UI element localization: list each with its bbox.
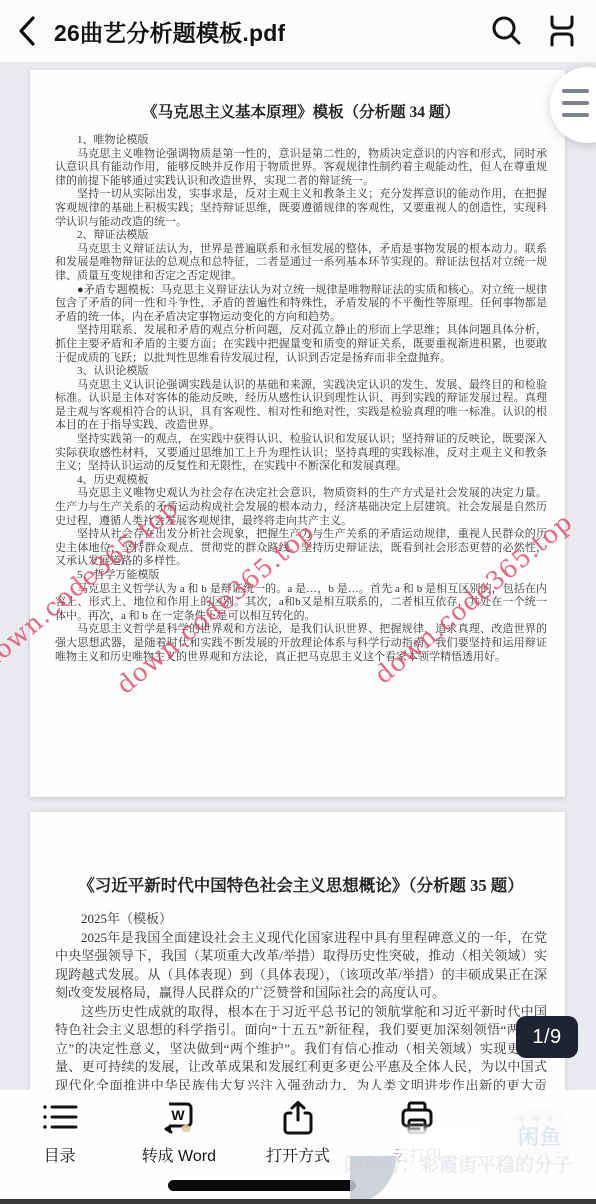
search-button[interactable] (486, 8, 526, 54)
toc-icon (42, 1100, 78, 1136)
doc-heading: 2025年（模板） (55, 910, 547, 929)
chevron-left-icon (16, 15, 38, 47)
doc-paragraph: 马克思主义辩证法认为，世界是普遍联系和永恒发展的整体，矛盾是事物发展的根本动力。… (55, 243, 547, 284)
doc-heading: 4、历史观模板 (55, 474, 547, 488)
doc-paragraph: 2025年是我国全面建设社会主义现代化国家进程中具有里程碑意义的一年，在党中央坚… (55, 929, 547, 1003)
back-button[interactable] (0, 0, 54, 62)
doc-paragraph: ●矛盾专题模板：马克思主义辩证法认为对立统一规律是唯物辩证法的实质和核心。对立统… (55, 284, 547, 325)
page1-title: 《马克思主义基本原理》模板（分析题 34 题） (55, 100, 547, 122)
home-indicator[interactable] (168, 1180, 356, 1191)
doc-paragraph: 马克思主义认识论强调实践是认识的基础和来源，实践决定认识的发生、发展、最终目的和… (55, 379, 547, 433)
page-number-badge: 1/9 (516, 1016, 578, 1058)
doc-paragraph: 坚持从社会存在出发分析社会现象，把握生产力与生产关系的矛盾运动规律，重视人民群众… (55, 528, 547, 569)
doc-paragraph: 坚持用联系、发展和矛盾的观点分析问题，反对孤立静止的形而上学思维；具体问题具体分… (55, 324, 547, 365)
search-icon (489, 14, 523, 48)
pdf-scroll-area[interactable]: 《马克思主义基本原理》模板（分析题 34 题） 1、唯物论模版 马克思主义唯物论… (0, 62, 596, 1090)
doc-heading: 5、哲学万能模版 (55, 569, 547, 583)
top-bar: 26曲艺分析题模板.pdf (0, 0, 596, 62)
svg-text:W: W (171, 1107, 185, 1123)
doc-heading: 2、辩证法模版 (55, 229, 547, 243)
doc-heading: 1、唯物论模版 (55, 134, 547, 148)
doc-paragraph: 马克思主义唯物论强调物质是第一性的，意识是第二性的，物质决定意识的内容和形式，同… (55, 148, 547, 189)
hamburger-icon (562, 89, 589, 93)
doc-paragraph: 坚持一切从实际出发，实事求是，反对主观主义和教条主义；充分发挥意识的能动作用，在… (55, 188, 547, 229)
double-bracket-icon (545, 14, 579, 48)
doc-paragraph: 坚持实践第一的观点，在实践中获得认识、检验认识和发展认识；坚持辩证的反映论，既要… (55, 433, 547, 474)
pdf-page-1: 《马克思主义基本原理》模板（分析题 34 题） 1、唯物论模版 马克思主义唯物论… (30, 70, 565, 797)
doc-paragraph: 马克思主义哲学认为 a 和 b 是辩证统一的。a 是…，b 是…。首先 a 和 … (55, 583, 547, 624)
doc-paragraph: 马克思主义唯物史观认为社会存在决定社会意识，物质资料的生产方式是社会发展的决定力… (55, 487, 547, 528)
pdf-page-2: 《习近平新时代中国特色社会主义思想概论》（分析题 35 题） 2025年（模板）… (30, 812, 565, 1090)
screen-bottom-edge (0, 1199, 596, 1204)
document-title: 26曲艺分析题模板.pdf (54, 15, 285, 48)
doc-heading: 3、认识论模版 (55, 365, 547, 379)
doc-paragraph: 马克思主义哲学是科学的世界观和方法论，是我们认识世界、把握规律、追求真理、改造世… (55, 623, 547, 664)
fit-screen-button[interactable] (542, 8, 582, 54)
convert-word-icon: W (159, 1100, 199, 1136)
page2-title: 《习近平新时代中国特色社会主义思想概论》（分析题 35 题） (55, 872, 547, 896)
toc-button[interactable]: 目录 (0, 1090, 119, 1204)
share-open-icon (281, 1100, 315, 1136)
doc-paragraph: 这些历史性成就的取得，根本在于习近平总书记的领航掌舵和习近平新时代中国特色社会主… (55, 1003, 547, 1091)
